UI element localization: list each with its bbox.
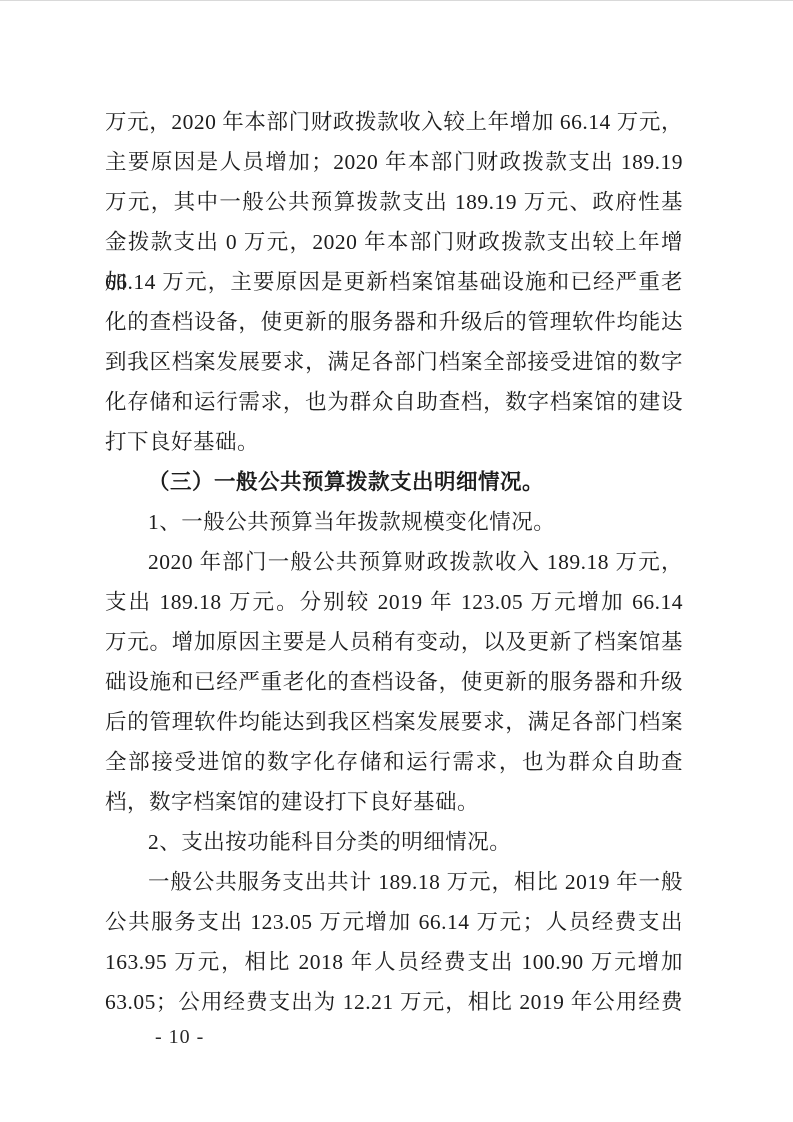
text-line: 支出 189.18 万元。分别较 2019 年 123.05 万元增加 66.1… (105, 582, 683, 622)
text-line: 163.95 万元，相比 2018 年人员经费支出 100.90 万元增加 (105, 942, 683, 982)
text-line: 主要原因是人员增加；2020 年本部门财政拨款支出 189.19 (105, 142, 683, 182)
text-line: 万元，其中一般公共预算拨款支出 189.19 万元、政府性基 (105, 182, 683, 222)
page-number: - 10 - (155, 1023, 204, 1051)
text-line: 1、一般公共预算当年拨款规模变化情况。 (105, 502, 683, 542)
text-line: 础设施和已经严重老化的查档设备，使更新的服务器和升级 (105, 662, 683, 702)
text-line: 万元，2020 年本部门财政拨款收入较上年增加 66.14 万元， (105, 102, 683, 142)
body-text: 万元，2020 年本部门财政拨款收入较上年增加 66.14 万元，主要原因是人员… (105, 102, 683, 1022)
text-line: 化存储和运行需求，也为群众自助查档，数字档案馆的建设 (105, 382, 683, 422)
text-line: 档，数字档案馆的建设打下良好基础。 (105, 782, 683, 822)
text-line: 66.14 万元，主要原因是更新档案馆基础设施和已经严重老 (105, 262, 683, 302)
text-line: 金拨款支出 0 万元，2020 年本部门财政拨款支出较上年增加 (105, 222, 683, 262)
text-line: 63.05；公用经费支出为 12.21 万元，相比 2019 年公用经费 (105, 982, 683, 1022)
text-line: 一般公共服务支出共计 189.18 万元，相比 2019 年一般 (105, 862, 683, 902)
text-line: 全部接受进馆的数字化存储和运行需求，也为群众自助查 (105, 742, 683, 782)
text-line: 后的管理软件均能达到我区档案发展要求，满足各部门档案 (105, 702, 683, 742)
text-line: 公共服务支出 123.05 万元增加 66.14 万元；人员经费支出 (105, 902, 683, 942)
document-page: 万元，2020 年本部门财政拨款收入较上年增加 66.14 万元，主要原因是人员… (0, 0, 793, 1122)
text-line: 2020 年部门一般公共预算财政拨款收入 189.18 万元， (105, 542, 683, 582)
text-line: 化的查档设备，使更新的服务器和升级后的管理软件均能达 (105, 302, 683, 342)
text-line: 到我区档案发展要求，满足各部门档案全部接受进馆的数字 (105, 342, 683, 382)
text-line: 打下良好基础。 (105, 422, 683, 462)
text-line: 2、支出按功能科目分类的明细情况。 (105, 822, 683, 862)
text-line: 万元。增加原因主要是人员稍有变动，以及更新了档案馆基 (105, 622, 683, 662)
section-heading: （三）一般公共预算拨款支出明细情况。 (105, 462, 683, 502)
